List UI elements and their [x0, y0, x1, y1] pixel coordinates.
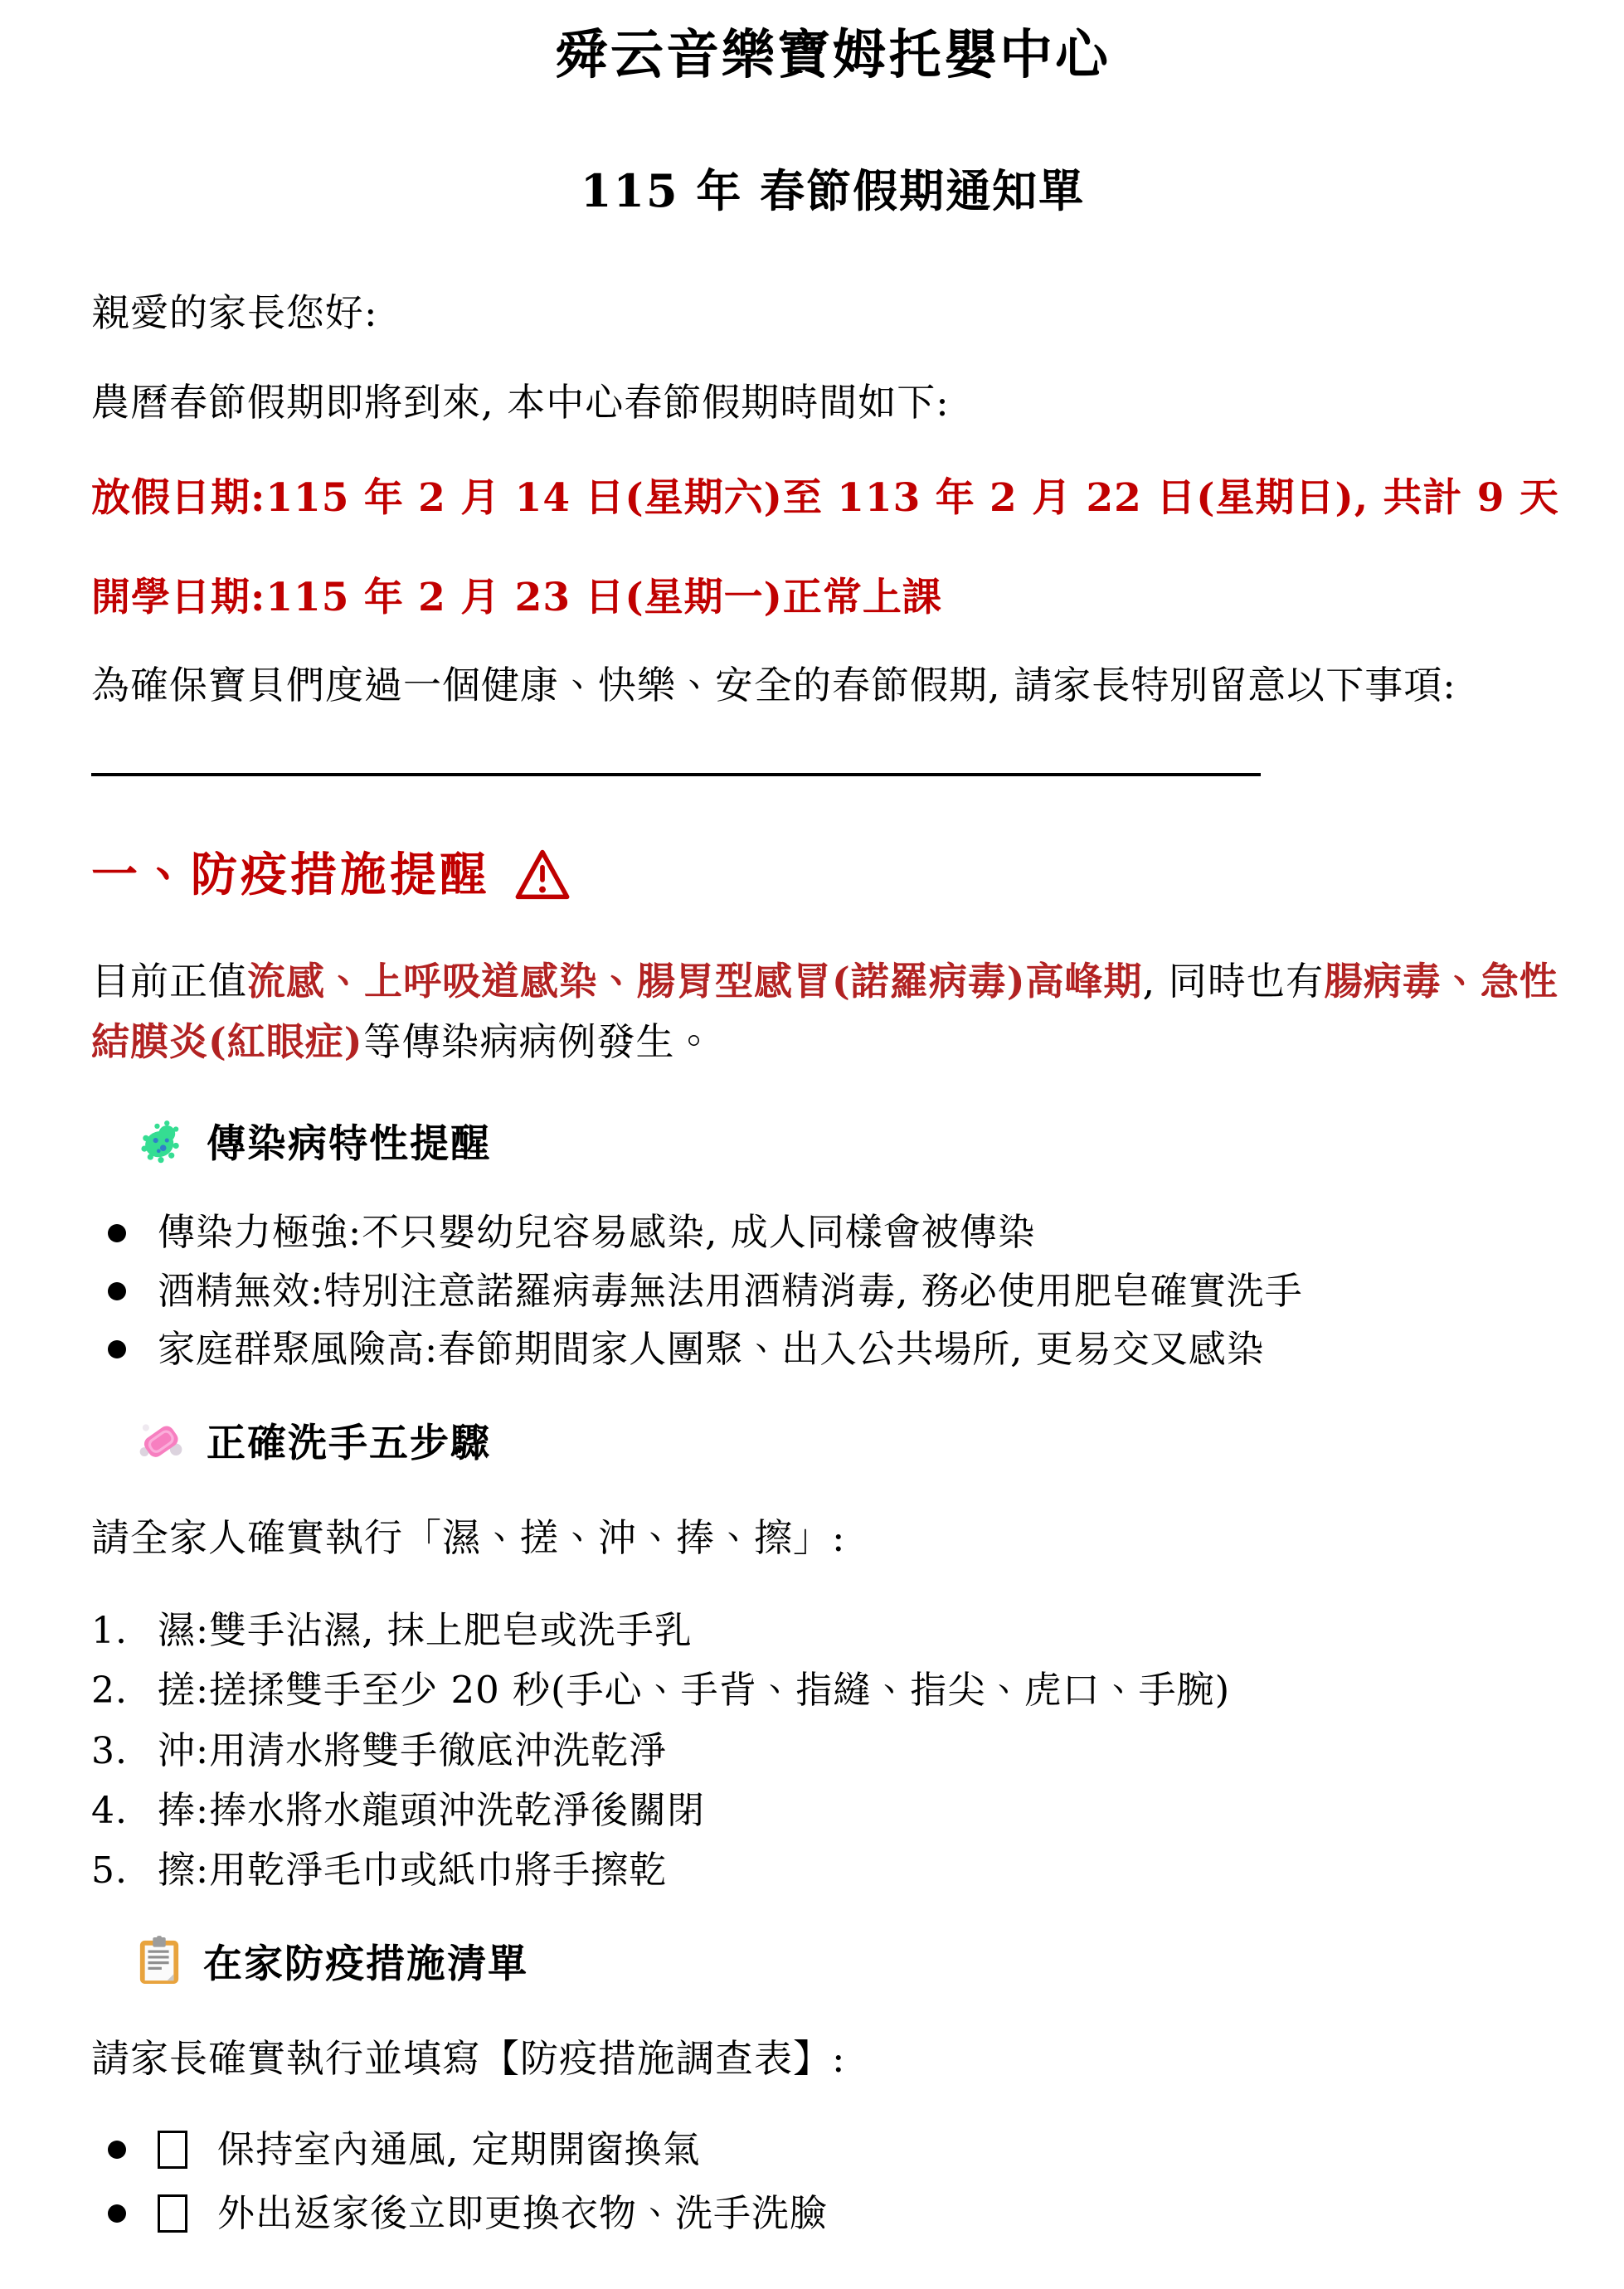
traits-subheading-text: 傳染病特性提醒: [207, 1113, 491, 1169]
checklist-subheading: 在家防疫措施清單: [91, 1933, 1574, 1989]
checklist-item: 外出返家後立即更換衣物、洗手洗臉: [91, 2193, 1574, 2234]
checklist-item: 保持室內通風, 定期開窗換氣: [91, 2129, 1574, 2170]
handwash-step-list: 濕:雙手沾濕, 抹上肥皂或洗手乳 搓:搓揉雙手至少 20 秒(手心、手背、指縫、…: [91, 1610, 1574, 1892]
section-1-heading-text: 一、防疫措施提醒: [91, 848, 489, 903]
reminder-note: 為確保寶貝們度過一個健康、快樂、安全的春節假期, 請家長特別留意以下事項:: [91, 663, 1574, 707]
microbe-icon: [137, 1117, 185, 1165]
bullet-dot: [108, 1340, 126, 1358]
trait-item-2: 酒精無效:特別注意諾羅病毒無法用酒精消毒, 務必使用肥皂確實洗手: [158, 1271, 1303, 1312]
bullet-dot: [108, 1224, 126, 1242]
handwash-step-5: 擦:用乾淨毛巾或紙巾將手擦乾: [158, 1849, 667, 1891]
intro-seg-5: 等傳染病病例發生。: [363, 1019, 714, 1064]
clipboard-icon: [137, 1936, 182, 1985]
intro-seg-1: 目前正值: [91, 959, 247, 1004]
handwash-step-1: 濕:雙手沾濕, 抹上肥皂或洗手乳: [158, 1610, 693, 1651]
checklist-lead-line: 請家長確實執行並填寫【防疫措施調查表】:: [91, 2037, 1574, 2081]
intro-seg-3: , 同時也有: [1143, 959, 1325, 1004]
handwash-subheading: 正確洗手五步驟: [91, 1412, 1574, 1468]
list-item: 傳染力極強:不只嬰幼兒容易感染, 成人同樣會被傳染: [91, 1212, 1574, 1253]
checklist-item-1-label: 保持室內通風, 定期開窗換氣: [217, 2129, 701, 2170]
checklist-subheading-text: 在家防疫措施清單: [203, 1933, 528, 1989]
traits-bullet-list: 傳染力極強:不只嬰幼兒容易感染, 成人同樣會被傳染 酒精無效:特別注意諾羅病毒無…: [91, 1212, 1574, 1370]
list-item: 捧:捧水將水龍頭沖洗乾淨後關閉: [91, 1790, 1574, 1831]
handwash-step-4: 捧:捧水將水龍頭沖洗乾淨後關閉: [158, 1790, 705, 1831]
checkbox-change-clothes[interactable]: [158, 2194, 187, 2233]
list-item: 擦:用乾淨毛巾或紙巾將手擦乾: [91, 1849, 1574, 1891]
trait-item-3: 家庭群聚風險高:春節期間家人團聚、出入公共場所, 更易交叉感染: [158, 1329, 1265, 1370]
notice-subtitle: 115 年 春節假期通知單: [91, 165, 1574, 216]
home-prevention-checklist: 保持室內通風, 定期開窗換氣 外出返家後立即更換衣物、洗手洗臉: [91, 2129, 1574, 2234]
school-start-line: 開學日期:115 年 2 月 23 日(星期一)正常上課: [91, 576, 1574, 621]
bullet-dot: [108, 1282, 126, 1300]
section-divider: [91, 773, 1261, 776]
notice-document: 舜云音樂寶姆托嬰中心 115 年 春節假期通知單 親愛的家長您好: 農曆春節假期…: [0, 0, 1624, 2289]
handwash-step-2: 搓:搓揉雙手至少 20 秒(手心、手背、指縫、指尖、虎口、手腕): [158, 1669, 1230, 1711]
prevention-intro-paragraph: 目前正值流感、上呼吸道感染、腸胃型感冒(諾羅病毒)高峰期, 同時也有腸病毒、急性…: [91, 951, 1574, 1072]
intro-line: 農曆春節假期即將到來, 本中心春節假期時間如下:: [91, 381, 1574, 425]
center-title: 舜云音樂寶姆托嬰中心: [91, 25, 1574, 86]
checklist-item-2-label: 外出返家後立即更換衣物、洗手洗臉: [217, 2193, 828, 2234]
soap-icon: [137, 1416, 185, 1464]
list-item: 家庭群聚風險高:春節期間家人團聚、出入公共場所, 更易交叉感染: [91, 1329, 1574, 1370]
traits-subheading: 傳染病特性提醒: [91, 1113, 1574, 1169]
section-1-heading: 一、防疫措施提醒: [91, 848, 1574, 903]
bullet-dot: [108, 2204, 126, 2223]
list-item: 酒精無效:特別注意諾羅病毒無法用酒精消毒, 務必使用肥皂確實洗手: [91, 1271, 1574, 1312]
intro-seg-2-emphasis: 流感、上呼吸道感染、腸胃型感冒(諾羅病毒)高峰期: [247, 959, 1143, 1004]
warning-triangle-icon: [513, 848, 572, 902]
checkbox-ventilation[interactable]: [158, 2131, 187, 2169]
list-item: 搓:搓揉雙手至少 20 秒(手心、手背、指縫、指尖、虎口、手腕): [91, 1669, 1574, 1711]
handwash-step-3: 沖:用清水將雙手徹底沖洗乾淨: [158, 1730, 667, 1771]
trait-item-1: 傳染力極強:不只嬰幼兒容易感染, 成人同樣會被傳染: [158, 1212, 1036, 1253]
bullet-dot: [108, 2141, 126, 2159]
handwash-subheading-text: 正確洗手五步驟: [207, 1412, 491, 1468]
greeting-line: 親愛的家長您好:: [91, 291, 1574, 335]
handwash-lead-line: 請全家人確實執行「濕、搓、沖、捧、擦」:: [91, 1516, 1574, 1560]
list-item: 濕:雙手沾濕, 抹上肥皂或洗手乳: [91, 1610, 1574, 1651]
holiday-date-line: 放假日期:115 年 2 月 14 日(星期六)至 113 年 2 月 22 日…: [91, 476, 1574, 522]
list-item: 沖:用清水將雙手徹底沖洗乾淨: [91, 1730, 1574, 1771]
